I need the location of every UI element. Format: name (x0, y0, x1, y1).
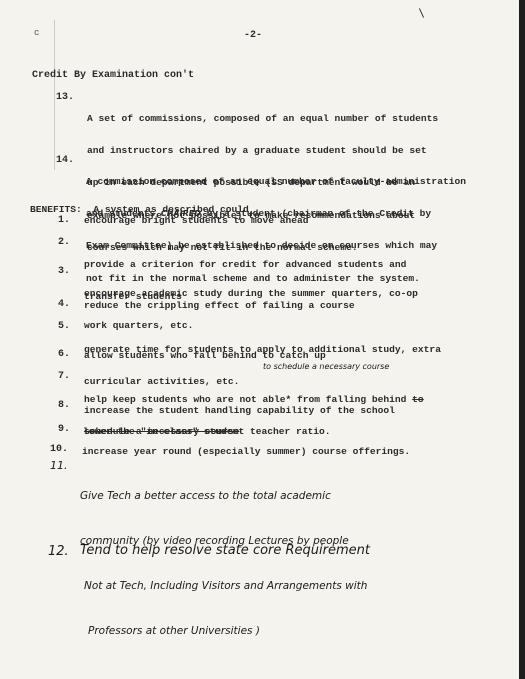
text-line: encourage academic study during the summ… (84, 289, 418, 300)
benefit-number: 10. (50, 444, 68, 455)
benefits-intro: A system as described could (93, 204, 248, 215)
margin-line (54, 20, 55, 170)
text-segment: help keep students who are not able* fro… (84, 394, 406, 405)
benefit-4: reduce the crippling effect of failing a… (84, 301, 355, 312)
benefit-number: 3. (58, 266, 70, 277)
text-line: help keep students who are not able* fro… (84, 395, 424, 406)
benefit-number: 8. (58, 400, 70, 411)
pen-mark (419, 8, 424, 17)
benefit-number: 11. (50, 459, 68, 472)
benefit-9: lower the "in class" student teacher rat… (83, 427, 331, 438)
benefits-label: BENEFITS: (30, 204, 82, 215)
proposal-number: 13. (56, 92, 74, 103)
benefit-number: 1. (58, 215, 70, 226)
struck-text: to (412, 394, 424, 405)
benefit-number: 4. (58, 299, 70, 310)
benefit-6: allow students who fall behind to catch … (84, 351, 326, 362)
benefit-number: 9. (58, 424, 70, 435)
text-line: A commission composed of an equal number… (86, 177, 466, 188)
page-number: -2- (244, 30, 262, 41)
benefit-number: 12. (48, 544, 69, 559)
benefit-1: encourage bright students to move ahead (84, 216, 309, 227)
benefit-number: 6. (58, 349, 70, 360)
text-line: A set of commissions, composed of an equ… (87, 114, 438, 125)
page-edge (519, 0, 525, 679)
text-line: Professors at other Universities ) (80, 624, 367, 639)
benefit-number: 2. (58, 237, 70, 248)
margin-mark: c (34, 28, 39, 38)
benefit-12-handwritten: Tend to help resolve state core Requirem… (80, 543, 370, 558)
benefit-10: increase year round (especially summer) … (82, 447, 410, 458)
benefit-11-handwritten: Give Tech a better access to the total a… (80, 459, 367, 669)
document-page: c -2- Credit By Examination con't 13. A … (0, 0, 519, 679)
text-line: Not at Tech, Including Visitors and Arra… (80, 579, 367, 594)
handwritten-insert: to schedule a necessary course (263, 362, 389, 371)
text-line: Give Tech a better access to the total a… (80, 489, 367, 504)
benefit-8: increase the student handling capability… (84, 406, 395, 417)
benefit-number: 5. (58, 321, 70, 332)
benefit-number: 7. (58, 371, 70, 382)
page-heading: Credit By Examination con't (32, 70, 194, 81)
proposal-number: 14. (56, 155, 74, 166)
